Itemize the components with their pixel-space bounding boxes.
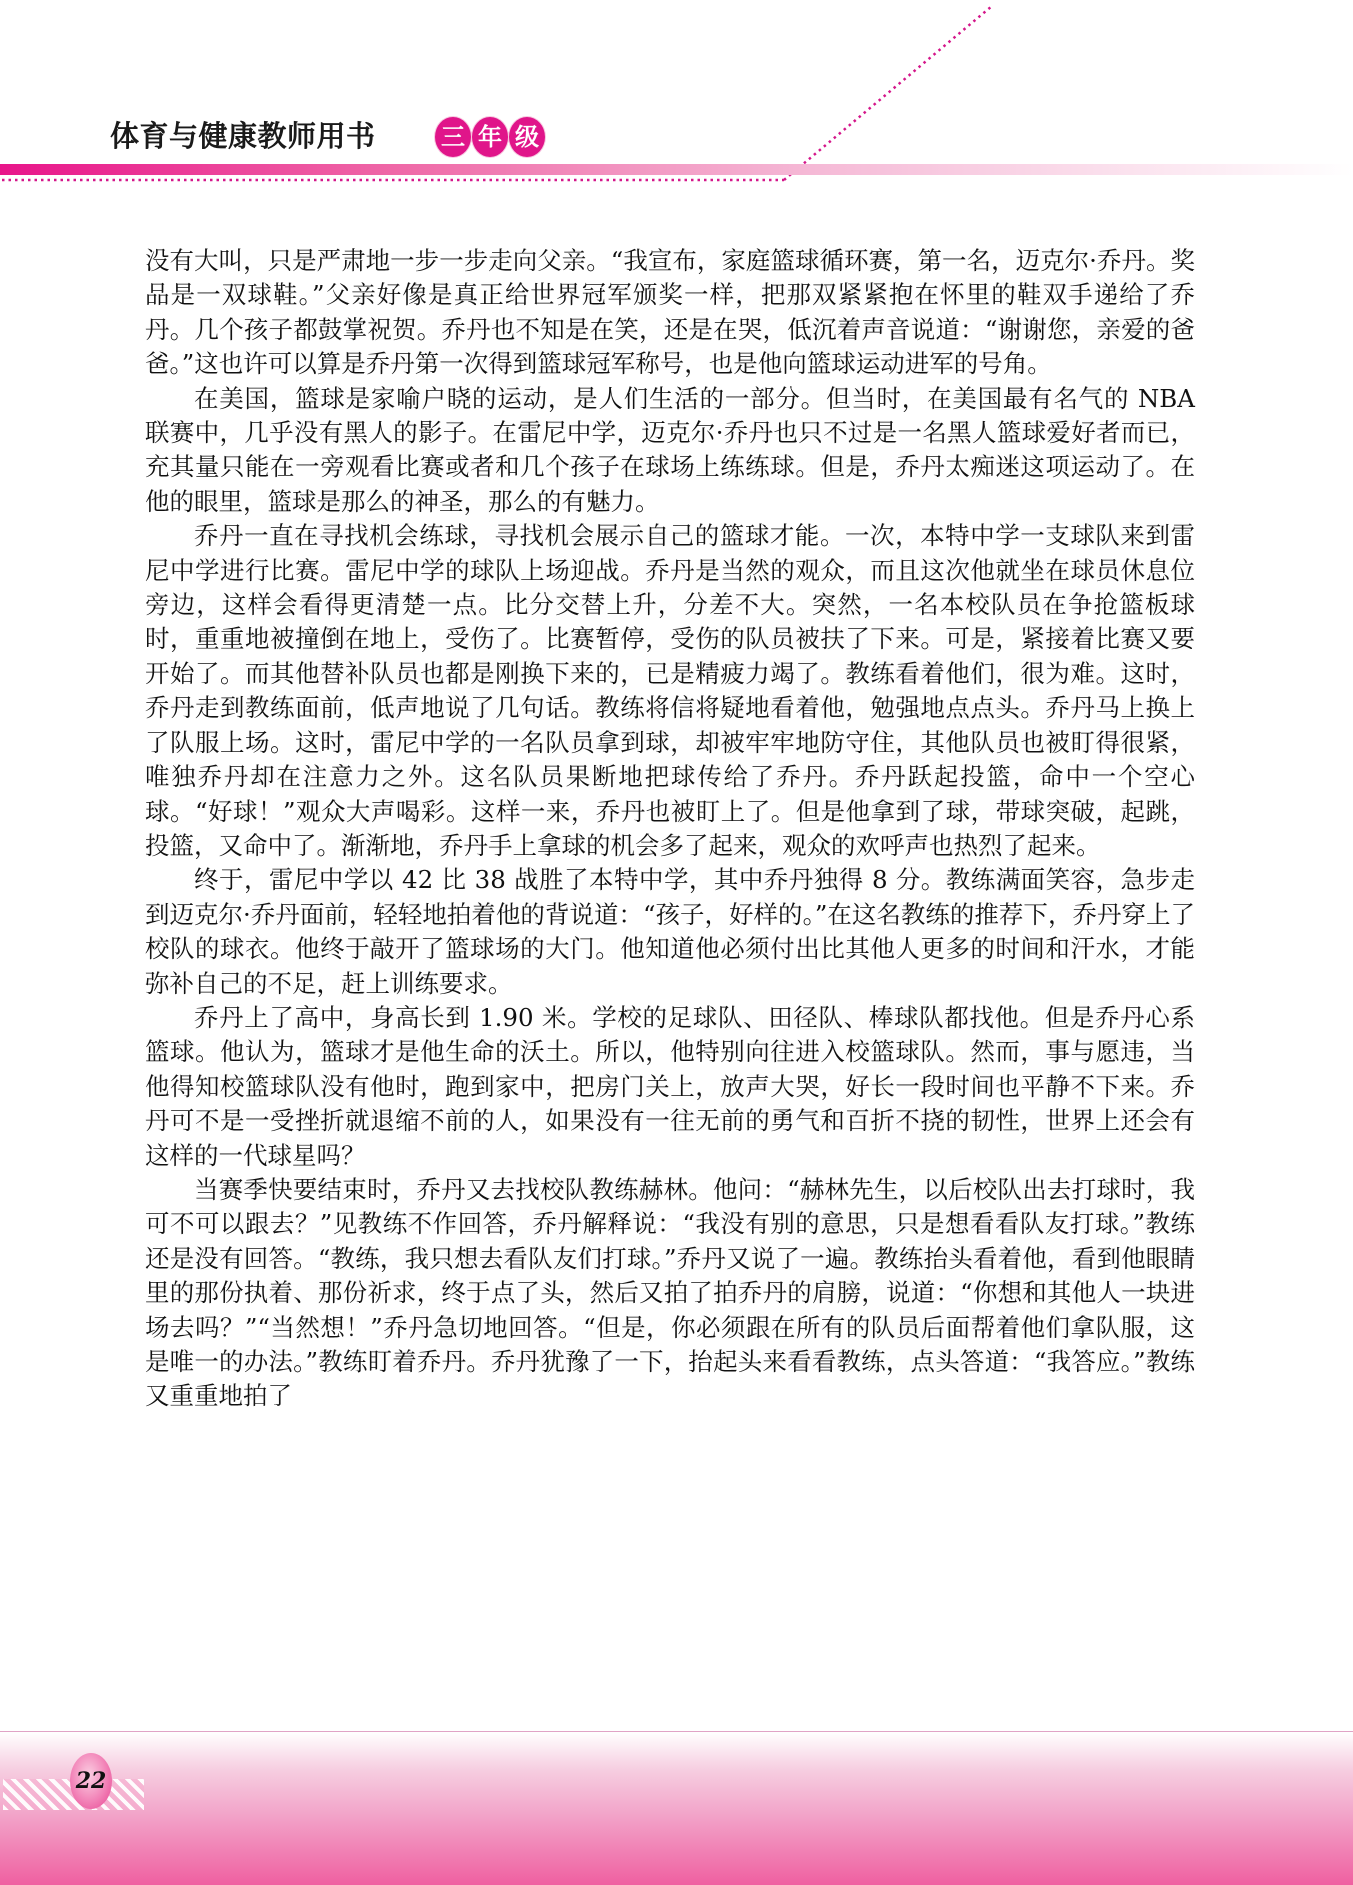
book-title: 体育与健康教师用书: [110, 114, 376, 155]
grade-char-circle: 三: [434, 116, 472, 158]
grade-char-circle: 级: [508, 116, 546, 158]
paragraph: 在美国，篮球是家喻户晓的运动，是人们生活的一部分。但当时，在美国最有名气的 NB…: [145, 382, 1195, 520]
paragraph: 当赛季快要结束时，乔丹又去找校队教练赫林。他问：“赫林先生，以后校队出去打球时，…: [145, 1173, 1195, 1414]
page-footer: 22: [0, 1731, 1353, 1885]
paragraph: 乔丹上了高中，身高长到 1.90 米。学校的足球队、田径队、棒球队都找他。但是乔…: [145, 1001, 1195, 1173]
body-text: 没有大叫，只是严肃地一步一步走向父亲。“我宣布，家庭篮球循环赛，第一名，迈克尔·…: [145, 244, 1195, 1414]
paragraph: 乔丹一直在寻找机会练球，寻找机会展示自己的篮球才能。一次，本特中学一支球队来到雷…: [145, 519, 1195, 863]
grade-char-circle: 年: [471, 116, 509, 158]
paragraph: 终于，雷尼中学以 42 比 38 战胜了本特中学，其中乔丹独得 8 分。教练满面…: [145, 863, 1195, 1001]
grade-badge: 三 年 级: [434, 116, 545, 158]
header-gradient-bar: [0, 164, 1353, 175]
page-number: 22: [70, 1753, 112, 1809]
paragraph: 没有大叫，只是严肃地一步一步走向父亲。“我宣布，家庭篮球循环赛，第一名，迈克尔·…: [145, 244, 1195, 382]
